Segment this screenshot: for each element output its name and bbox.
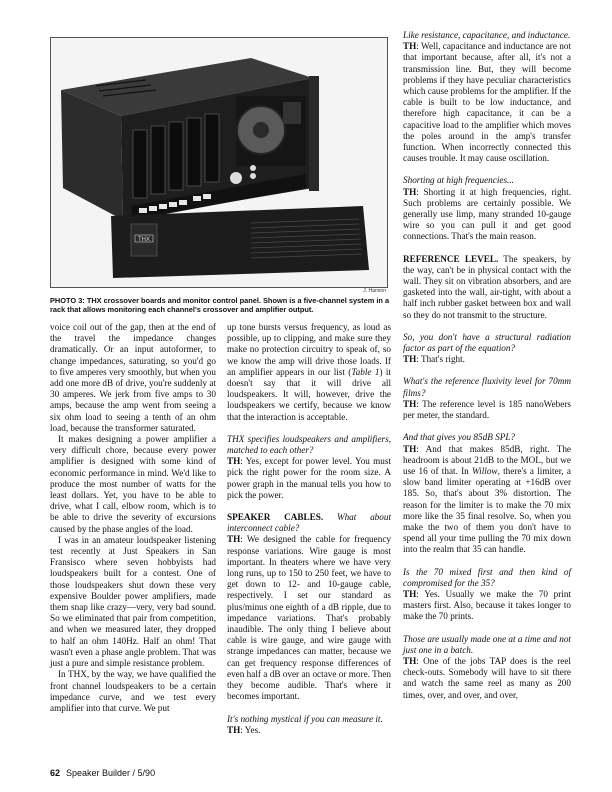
interview-answer: TH: Well, capacitance and inductance are… [403, 41, 571, 164]
interview-question: It's nothing mystical if you can measure… [227, 714, 391, 725]
photo-thx-crossover: THX [50, 37, 388, 288]
speaker-initials: TH [227, 725, 240, 735]
speaker-initials: TH [227, 534, 240, 544]
interview-question: Is the 70 mixed first and then kind of c… [403, 567, 571, 589]
column-1: voice coil out of the gap, then at the e… [50, 322, 216, 714]
speaker-initials: TH [403, 41, 416, 51]
answer-text: : Yes, except for power level. You must … [227, 456, 391, 500]
photo-credit: J. Hannon [340, 288, 386, 294]
paragraph: I was in an amateur loudspeaker listenin… [50, 535, 216, 669]
section-paragraph: REFERENCE LEVEL. The speakers, by the wa… [403, 254, 571, 321]
interview-answer: TH: Yes. Usually we make the 70 print ma… [403, 589, 571, 623]
interview-question: THX specifies loudspeakers and amplifier… [227, 434, 391, 456]
page-footer: 62Speaker Builder / 5/90 [50, 768, 155, 778]
speaker-initials: TH [403, 354, 416, 364]
speaker-initials: TH [403, 656, 416, 666]
interview-answer: TH: And that makes 85dB, right. The head… [403, 444, 571, 556]
answer-text: : Yes. [240, 725, 260, 735]
paragraph: It makes designing a power amplifier a v… [50, 434, 216, 535]
answer-text: : The reference level is 185 nanoWebers … [403, 399, 571, 420]
answer-text: : We designed the cable for frequency re… [227, 534, 391, 701]
interview-question: And that gives you 85dB SPL? [403, 432, 571, 443]
answer-text: : Well, capacitance and inductance are n… [403, 41, 571, 163]
table-reference: Table 1 [351, 367, 379, 377]
answer-text: , there's a limiter, a slow band limiter… [403, 466, 571, 554]
column-3: Like resistance, capacitance, and induct… [403, 30, 571, 701]
interview-answer: TH: We designed the cable for frequency … [227, 534, 391, 702]
interview-answer: TH: That's right. [403, 354, 571, 365]
section-heading: REFERENCE LEVEL [403, 254, 496, 264]
interview-question: Shorting at high frequencies... [403, 175, 571, 186]
paragraph: In THX, by the way, we have qualified th… [50, 669, 216, 714]
interview-answer: TH: Yes. [227, 725, 391, 736]
photo-caption: PHOTO 3: THX crossover boards and monito… [50, 297, 390, 314]
thx-badge-text: THX [138, 237, 150, 243]
thx-rack-unit-illustration: THX [51, 38, 387, 287]
interview-answer: TH: Yes, except for power level. You mus… [227, 456, 391, 501]
paragraph: voice coil out of the gap, then at the e… [50, 322, 216, 434]
answer-text: : That's right. [416, 354, 465, 364]
speaker-initials: TH [403, 187, 416, 197]
column-2: up tone bursts versus frequency, as loud… [227, 322, 391, 736]
answer-text: : Yes. Usually we make the 70 print mast… [403, 589, 571, 621]
speaker-initials: TH [227, 456, 240, 466]
film-title: Willow [472, 466, 498, 476]
interview-question: Like resistance, capacitance, and induct… [403, 30, 571, 41]
speaker-initials: TH [403, 444, 416, 454]
answer-text: : One of the jobs TAP does is the reel c… [403, 656, 571, 700]
interview-question: So, you don't have a structural radiatio… [403, 332, 571, 354]
answer-text: : Shorting it at high frequencies, right… [403, 187, 571, 242]
interview-answer: TH: Shorting it at high frequencies, rig… [403, 187, 571, 243]
page-number: 62 [50, 768, 60, 778]
paragraph: up tone bursts versus frequency, as loud… [227, 322, 391, 423]
speaker-initials: TH [403, 399, 416, 409]
publication-name: Speaker Builder / 5/90 [66, 768, 155, 778]
section-heading: SPEAKER CABLES [227, 512, 321, 522]
interview-answer: TH: One of the jobs TAP does is the reel… [403, 656, 571, 701]
speaker-initials: TH [403, 589, 416, 599]
interview-question: Those are usually made one at a time and… [403, 634, 571, 656]
interview-question: What's the reference fluxivity level for… [403, 376, 571, 398]
section-question: SPEAKER CABLES. What about interconnect … [227, 512, 391, 534]
interview-answer: TH: The reference level is 185 nanoWeber… [403, 399, 571, 421]
